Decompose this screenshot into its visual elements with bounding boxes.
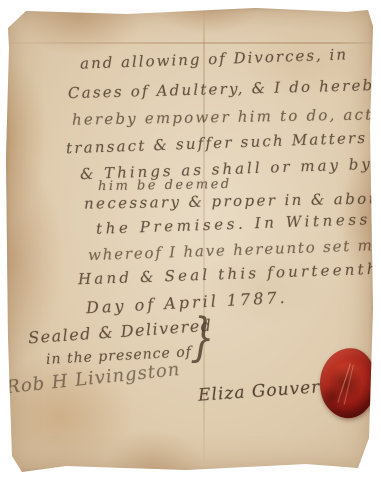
manuscript-line-4: transact & suffer such Matters bbox=[66, 129, 368, 158]
manuscript-line-2: Cases of Adultery, & I do hereby bbox=[68, 76, 381, 102]
document-photo: and allowing of Divorces, in Cases of Ad… bbox=[0, 0, 381, 480]
document-paper: and allowing of Divorces, in Cases of Ad… bbox=[6, 8, 373, 472]
manuscript-line-9: whereof I have hereunto set my bbox=[88, 236, 381, 264]
manuscript-line-3: hereby empower him to do, act, bbox=[72, 105, 381, 128]
attestation-brace: } bbox=[190, 307, 215, 368]
attestation-line-1: Sealed & Delivered bbox=[28, 316, 213, 348]
manuscript-line-10: Hand & Seal this fourteenth bbox=[78, 260, 380, 289]
horizontal-fold-crease bbox=[6, 42, 373, 44]
manuscript-line-11-date: Day of April 1787. bbox=[86, 288, 288, 318]
red-wax-seal bbox=[315, 344, 380, 421]
manuscript-line-8: the Premises. In Witness bbox=[96, 210, 371, 238]
manuscript-line-1: and allowing of Divorces, in bbox=[80, 45, 348, 72]
